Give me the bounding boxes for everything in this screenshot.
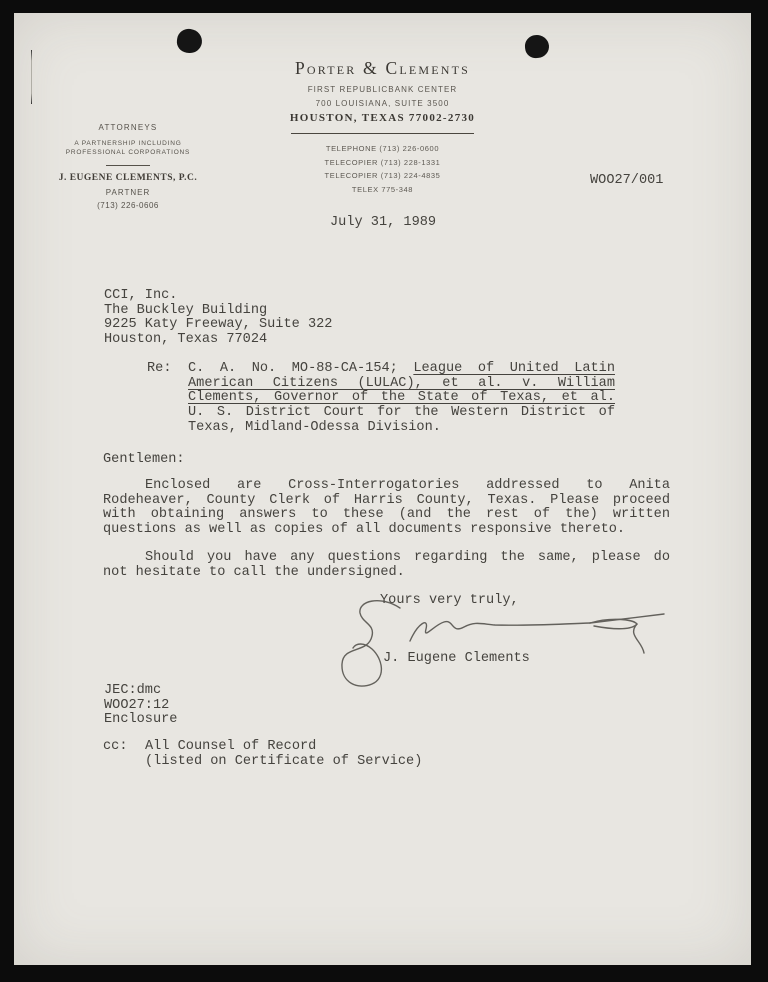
- scanned-letter-page: Porter & Clements FIRST REPUBLICBANK CEN…: [14, 13, 751, 965]
- reference-block: JEC:dmc WOO27:12 Enclosure: [104, 684, 177, 728]
- re-label: Re:: [147, 362, 171, 377]
- cc-list: All Counsel of Record (listed on Certifi…: [145, 740, 422, 769]
- reference-number: WOO27/001: [590, 174, 663, 189]
- re-line: C. A. No. MO-88-CA-154; League of United…: [188, 362, 615, 377]
- re-line: U. S. District Court for the Western Dis…: [188, 406, 615, 421]
- attorney-name: J. EUGENE CLEMENTS, P.C.: [48, 173, 208, 183]
- body-line: with obtaining answers to these (and the…: [103, 508, 670, 523]
- hole-punch-right: [524, 34, 550, 59]
- letterhead-divider: [291, 133, 474, 134]
- body-line: questions as well as copies of all docum…: [103, 523, 670, 538]
- firm-street: 700 LOUISIANA, SUITE 3500: [14, 99, 751, 108]
- recipient-line: The Buckley Building: [104, 304, 332, 319]
- body-paragraph-2: Should you have any questions regarding …: [103, 551, 670, 580]
- recipient-line: CCI, Inc.: [104, 289, 332, 304]
- re-line: Texas, Midland-Odessa Division.: [188, 421, 615, 436]
- body-line: Enclosed are Cross-Interrogatories addre…: [103, 479, 670, 494]
- attorneys-subtitle-1: A PARTNERSHIP INCLUDING: [48, 139, 208, 148]
- typist-initials: JEC:dmc: [104, 684, 177, 699]
- body-line: Rodeheaver, County Clerk of Harris Count…: [103, 494, 670, 509]
- signer-typed-name: J. Eugene Clements: [383, 652, 530, 667]
- attorney-role: PARTNER: [48, 188, 208, 197]
- re-line: American Citizens (LULAC), et al. v. Wil…: [188, 377, 615, 392]
- body-paragraph-1: Enclosed are Cross-Interrogatories addre…: [103, 479, 670, 537]
- recipient-line: Houston, Texas 77024: [104, 333, 332, 348]
- body-line: Should you have any questions regarding …: [103, 551, 670, 566]
- attorneys-subtitle-2: PROFESSIONAL CORPORATIONS: [48, 148, 208, 157]
- attorneys-title: ATTORNEYS: [48, 123, 208, 132]
- recipient-line: 9225 Katy Freeway, Suite 322: [104, 318, 332, 333]
- document-number: WOO27:12: [104, 699, 177, 714]
- salutation: Gentlemen:: [103, 453, 185, 468]
- body-line: not hesitate to call the undersigned.: [103, 566, 670, 581]
- hole-punch-left: [175, 27, 203, 54]
- enclosure-notation: Enclosure: [104, 713, 177, 728]
- attorney-phone: (713) 226-0606: [48, 201, 208, 210]
- attorney-block: ATTORNEYS A PARTNERSHIP INCLUDING PROFES…: [48, 123, 208, 210]
- attorney-divider: [106, 165, 150, 166]
- date-line: July 31, 1989: [330, 216, 436, 231]
- cc-label: cc:: [103, 740, 127, 755]
- re-subject: C. A. No. MO-88-CA-154; League of United…: [188, 362, 615, 436]
- firm-building: FIRST REPUBLICBANK CENTER: [14, 85, 751, 94]
- re-line: Clements, Governor of the State of Texas…: [188, 391, 615, 406]
- recipient-address: CCI, Inc. The Buckley Building 9225 Katy…: [104, 289, 332, 347]
- firm-name: Porter & Clements: [14, 58, 751, 78]
- cc-line: (listed on Certificate of Service): [145, 755, 422, 770]
- cc-line: All Counsel of Record: [145, 740, 422, 755]
